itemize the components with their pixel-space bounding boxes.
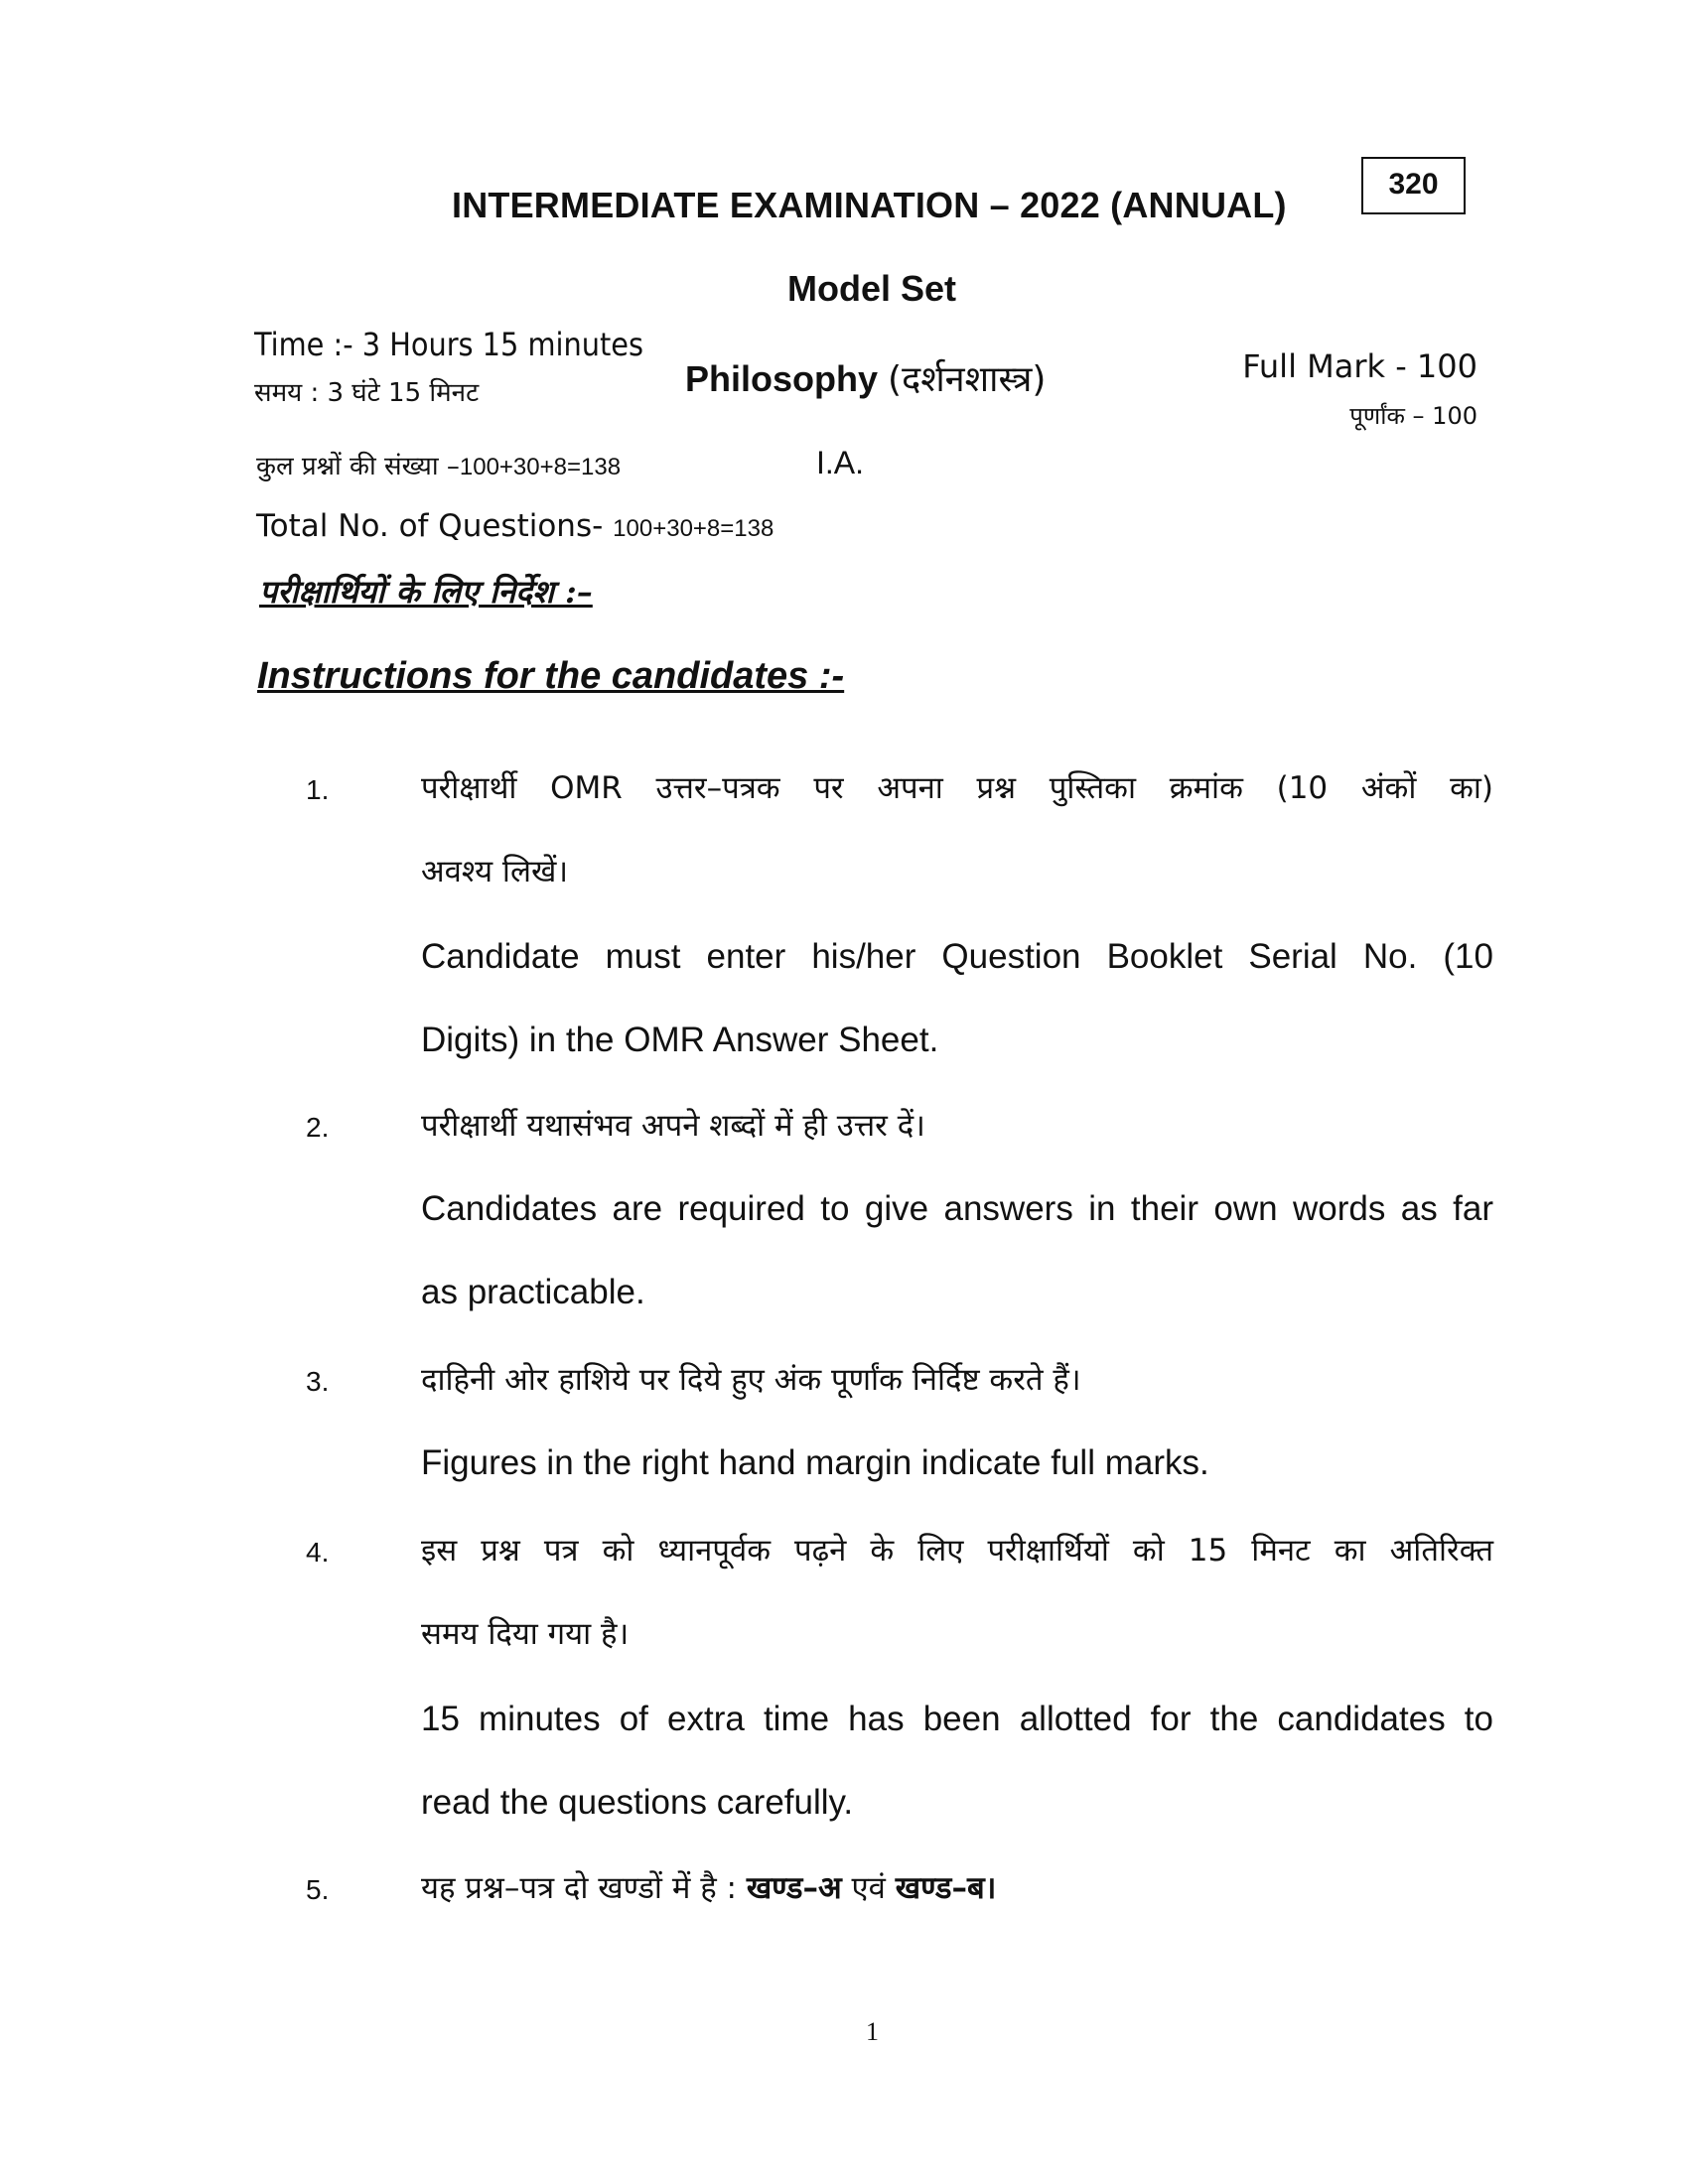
stream-label: I.A. [816, 445, 864, 481]
subject-english: Philosophy [685, 358, 878, 399]
instruction-5-text: यह प्रश्न–पत्र दो खण्डों में है : [421, 1870, 747, 1906]
instructions-heading-english: Instructions for the candidates :- [257, 655, 844, 698]
page-number: 1 [866, 2017, 879, 2047]
instruction-number: 5. [306, 1874, 329, 1906]
instruction-2-english-line2: as practicable. [421, 1251, 1493, 1334]
instruction-1-english-line2: Digits) in the OMR Answer Sheet. [421, 999, 1493, 1082]
subject-hindi: (दर्शनशास्त्र) [888, 359, 1046, 400]
question-count-hindi-value: 100+30+8=138 [460, 454, 621, 480]
exam-title: INTERMEDIATE EXAMINATION – 2022 (ANNUAL) [452, 185, 1287, 226]
question-count-english: Total No. of Questions- 100+30+8=138 [256, 508, 774, 544]
instructions-heading-hindi: परीक्षार्थियों के लिए निर्देश :– [259, 570, 593, 613]
instruction-1-english-line1: Candidate must enter his/her Question Bo… [421, 915, 1493, 999]
instruction-4-english-line2: read the questions carefully. [421, 1761, 1493, 1844]
instruction-1-hindi-line2: अवश्य लिखें। [421, 830, 1493, 913]
instruction-1-hindi-line1: परीक्षार्थी OMR उत्तर–पत्रक पर अपना प्रश… [421, 747, 1493, 830]
instruction-4-hindi-line2: समय दिया गया है। [421, 1592, 1493, 1676]
question-count-english-label: Total No. of Questions- [256, 508, 603, 544]
instruction-number: 2. [306, 1112, 329, 1144]
instruction-4-hindi-line1: इस प्रश्न पत्र को ध्यानपूर्वक पढ़ने के ल… [421, 1509, 1493, 1592]
instruction-2-english-line1: Candidates are required to give answers … [421, 1167, 1493, 1251]
question-count-hindi-label: कुल प्रश्नों की संख्या – [256, 452, 460, 481]
instruction-3-english: Figures in the right hand margin indicat… [421, 1422, 1493, 1505]
instruction-5-hindi: यह प्रश्न–पत्र दो खण्डों में है : खण्ड–अ… [421, 1846, 1493, 1930]
question-count-english-value: 100+30+8=138 [613, 515, 774, 542]
instruction-number: 3. [306, 1366, 329, 1398]
instruction-5-conjunction: एवं [842, 1870, 896, 1906]
time-hindi: समय : 3 घंटे 15 मिनट [254, 373, 479, 409]
question-count-hindi: कुल प्रश्नों की संख्या –100+30+8=138 [256, 447, 621, 482]
time-english: Time :- 3 Hours 15 minutes [254, 326, 643, 363]
set-label: Model Set [787, 268, 956, 310]
instruction-2-hindi: परीक्षार्थी यथासंभव अपने शब्दों में ही उ… [421, 1084, 1493, 1167]
instruction-number: 4. [306, 1537, 329, 1569]
section-b-label: खण्ड–ब। [896, 1870, 997, 1906]
instruction-number: 1. [306, 774, 329, 806]
instruction-3-hindi: दाहिनी ओर हाशिये पर दिये हुए अंक पूर्णां… [421, 1338, 1493, 1422]
full-mark-hindi: पूर्णांक – 100 [1349, 399, 1477, 432]
full-mark-english: Full Mark - 100 [1242, 347, 1477, 385]
subject-title: Philosophy (दर्शनशास्त्र) [685, 353, 1046, 402]
subject-code-box: 320 [1361, 157, 1466, 214]
instruction-4-english-line1: 15 minutes of extra time has been allott… [421, 1678, 1493, 1761]
section-a-label: खण्ड–अ [747, 1870, 842, 1906]
